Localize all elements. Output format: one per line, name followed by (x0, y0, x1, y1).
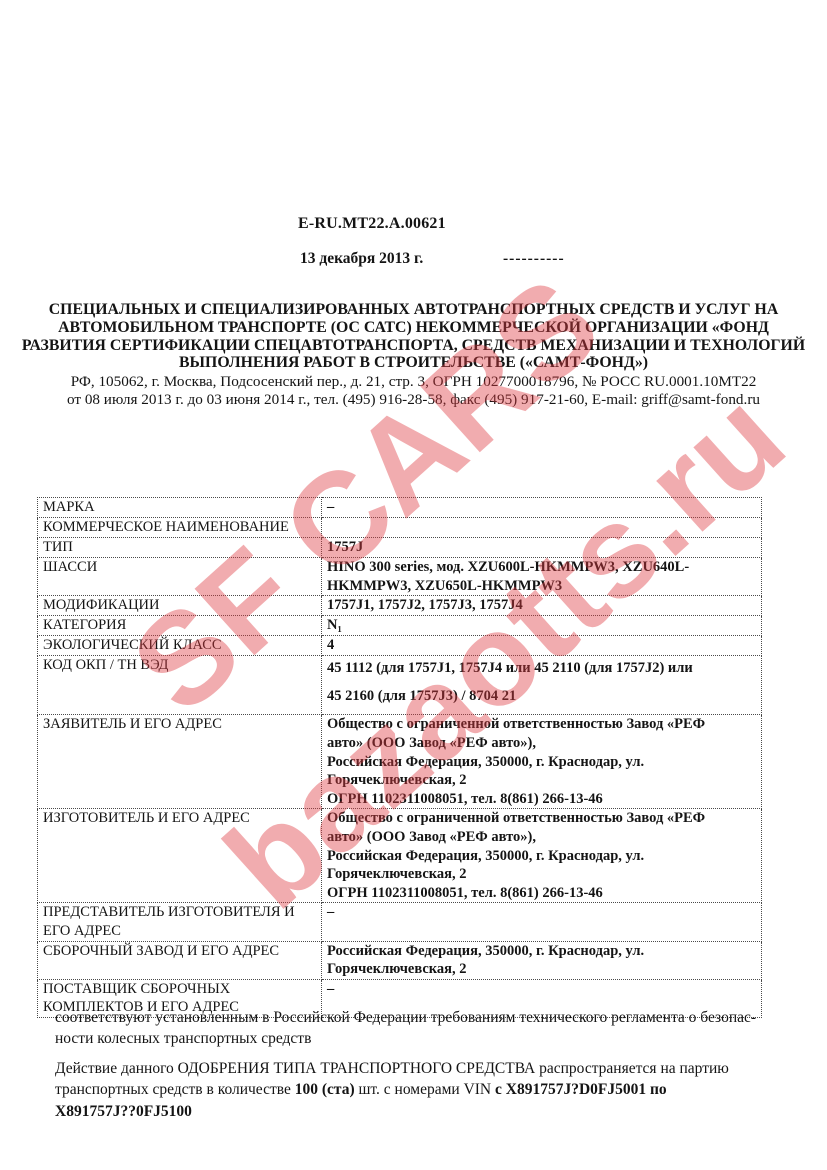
row-value-line: Горячеключевская, 2 (327, 960, 756, 979)
row-value-line: 4 (327, 636, 756, 655)
row-value-line: N₁ (327, 616, 756, 635)
table-row: ЭКОЛОГИЧЕСКИЙ КЛАСС4 (38, 636, 762, 656)
row-label: ПРЕДСТАВИТЕЛЬ ИЗГОТОВИТЕЛЯ И ЕГО АДРЕС (38, 903, 322, 941)
row-value-line: – (327, 903, 756, 922)
row-value-line: 1757J (327, 538, 756, 557)
row-value-line: авто» (ООО Завод «РЕФ авто»), (327, 734, 756, 753)
row-value-line: ОГРН 1102311008051, тел. 8(861) 266-13-4… (327, 884, 756, 903)
row-value-line: Горячеключевская, 2 (327, 865, 756, 884)
quantity-value: 100 (ста) (295, 1081, 355, 1098)
row-label: МАРКА (38, 498, 322, 518)
row-value: 1757J1, 1757J2, 1757J3, 1757J4 (322, 596, 762, 616)
address-line: от 08 июля 2013 г. до 03 июня 2014 г., т… (18, 391, 809, 409)
row-value: HINO 300 series, мод. XZU600L-HKMMPW3, X… (322, 558, 762, 596)
row-label: КОД ОКП / ТН ВЭД (38, 656, 322, 715)
row-value-line: 45 2160 (для 1757J3) / 8704 21 (327, 687, 756, 706)
row-value: N₁ (322, 616, 762, 636)
table-row: СБОРОЧНЫЙ ЗАВОД И ЕГО АДРЕСРоссийская Фе… (38, 941, 762, 979)
row-value: 1757J (322, 538, 762, 558)
row-value: – (322, 903, 762, 941)
title-line: РАЗВИТИЯ СЕРТИФИКАЦИИ СПЕЦАВТОТРАНСПОРТА… (18, 337, 809, 355)
row-value-line: – (327, 980, 756, 999)
row-value-line: Горячеключевская, 2 (327, 771, 756, 790)
row-value-line: Общество с ограниченной ответственностью… (327, 715, 756, 734)
validity-text: транспортных средств в количестве (55, 1081, 295, 1098)
row-value-line: Российская Федерация, 350000, г. Краснод… (327, 847, 756, 866)
row-label: ИЗГОТОВИТЕЛЬ И ЕГО АДРЕС (38, 809, 322, 903)
address-line: РФ, 105062, г. Москва, Подсосенский пер.… (18, 373, 809, 391)
vehicle-approval-table: МАРКА–КОММЕРЧЕСКОЕ НАИМЕНОВАНИЕТИП1757JШ… (37, 497, 762, 1018)
validity-paragraph: Действие данного ОДОБРЕНИЯ ТИПА ТРАНСПОР… (55, 1058, 771, 1122)
row-value-line: Общество с ограниченной ответственностью… (327, 809, 756, 828)
certification-body-title: СПЕЦИАЛЬНЫХ И СПЕЦИАЛИЗИРОВАННЫХ АВТОТРА… (18, 301, 809, 372)
validity-line: Действие данного ОДОБРЕНИЯ ТИПА ТРАНСПОР… (55, 1058, 771, 1079)
table-row: КАТЕГОРИЯN₁ (38, 616, 762, 636)
row-value (322, 518, 762, 538)
vin-range-start: с X891757J?D0FJ5001 по (495, 1081, 667, 1098)
row-value-line: 45 1112 (для 1757J1, 1757J4 или 45 2110 … (327, 659, 756, 678)
table-row: ШАССИHINO 300 series, мод. XZU600L-HKMMP… (38, 558, 762, 596)
table-row: МОДИФИКАЦИИ1757J1, 1757J2, 1757J3, 1757J… (38, 596, 762, 616)
table-row: ЗАЯВИТЕЛЬ И ЕГО АДРЕСОбщество с ограниче… (38, 715, 762, 809)
table-row: КОД ОКП / ТН ВЭД45 1112 (для 1757J1, 175… (38, 656, 762, 715)
compliance-line: ности колесных транспортных средств (55, 1028, 771, 1049)
row-label: КАТЕГОРИЯ (38, 616, 322, 636)
scanned-approval-document: E-RU.MT22.A.00621 13 декабря 2013 г. ---… (0, 0, 827, 1170)
row-label: ЗАЯВИТЕЛЬ И ЕГО АДРЕС (38, 715, 322, 809)
table-row: ТИП1757J (38, 538, 762, 558)
compliance-paragraph: соответствуют установленным в Российской… (55, 1007, 771, 1050)
row-value-line: HINO 300 series, мод. XZU600L-HKMMPW3, X… (327, 558, 756, 577)
row-label: ТИП (38, 538, 322, 558)
row-label: МОДИФИКАЦИИ (38, 596, 322, 616)
title-line: ВЫПОЛНЕНИЯ РАБОТ В СТРОИТЕЛЬСТВЕ («САМТ-… (18, 354, 809, 372)
compliance-line: соответствуют установленным в Российской… (55, 1007, 771, 1028)
footer-text: соответствуют установленным в Российской… (55, 1007, 771, 1122)
validity-line: транспортных средств в количестве 100 (с… (55, 1079, 771, 1100)
row-value-line: Российская Федерация, 350000, г. Краснод… (327, 753, 756, 772)
validity-text: шт. с номерами VIN (355, 1081, 495, 1098)
row-label: СБОРОЧНЫЙ ЗАВОД И ЕГО АДРЕС (38, 941, 322, 979)
row-value: 4 (322, 636, 762, 656)
row-label: КОММЕРЧЕСКОЕ НАИМЕНОВАНИЕ (38, 518, 322, 538)
row-value: Российская Федерация, 350000, г. Краснод… (322, 941, 762, 979)
row-value-line: – (327, 498, 756, 517)
row-value-line: Российская Федерация, 350000, г. Краснод… (327, 942, 756, 961)
table-row: ПРЕДСТАВИТЕЛЬ ИЗГОТОВИТЕЛЯ И ЕГО АДРЕС– (38, 903, 762, 941)
document-number: E-RU.MT22.A.00621 (298, 215, 446, 233)
row-label: ШАССИ (38, 558, 322, 596)
row-value: Общество с ограниченной ответственностью… (322, 715, 762, 809)
title-line: АВТОМОБИЛЬНОМ ТРАНСПОРТЕ (ОС САТС) НЕКОМ… (18, 319, 809, 337)
row-value-line: 1757J1, 1757J2, 1757J3, 1757J4 (327, 596, 756, 615)
row-value-line: авто» (ООО Завод «РЕФ авто»), (327, 828, 756, 847)
table-row: ИЗГОТОВИТЕЛЬ И ЕГО АДРЕСОбщество с огран… (38, 809, 762, 903)
row-value: Общество с ограниченной ответственностью… (322, 809, 762, 903)
table-row: КОММЕРЧЕСКОЕ НАИМЕНОВАНИЕ (38, 518, 762, 538)
validity-line: X891757J??0FJ5100 (55, 1101, 771, 1122)
row-value: 45 1112 (для 1757J1, 1757J4 или 45 2110 … (322, 656, 762, 715)
date-dashes: ---------- (503, 250, 565, 268)
certification-body-address: РФ, 105062, г. Москва, Подсосенский пер.… (18, 373, 809, 409)
table-row: МАРКА– (38, 498, 762, 518)
row-label: ЭКОЛОГИЧЕСКИЙ КЛАСС (38, 636, 322, 656)
title-line: СПЕЦИАЛЬНЫХ И СПЕЦИАЛИЗИРОВАННЫХ АВТОТРА… (18, 301, 809, 319)
vin-range-end: X891757J??0FJ5100 (55, 1103, 192, 1120)
row-value: – (322, 498, 762, 518)
row-value-line: ОГРН 1102311008051, тел. 8(861) 266-13-4… (327, 790, 756, 809)
approval-table-body: МАРКА–КОММЕРЧЕСКОЕ НАИМЕНОВАНИЕТИП1757JШ… (38, 498, 762, 1018)
row-value-line: HKMMPW3, XZU650L-HKMMPW3 (327, 577, 756, 596)
document-date: 13 декабря 2013 г. (300, 250, 423, 268)
